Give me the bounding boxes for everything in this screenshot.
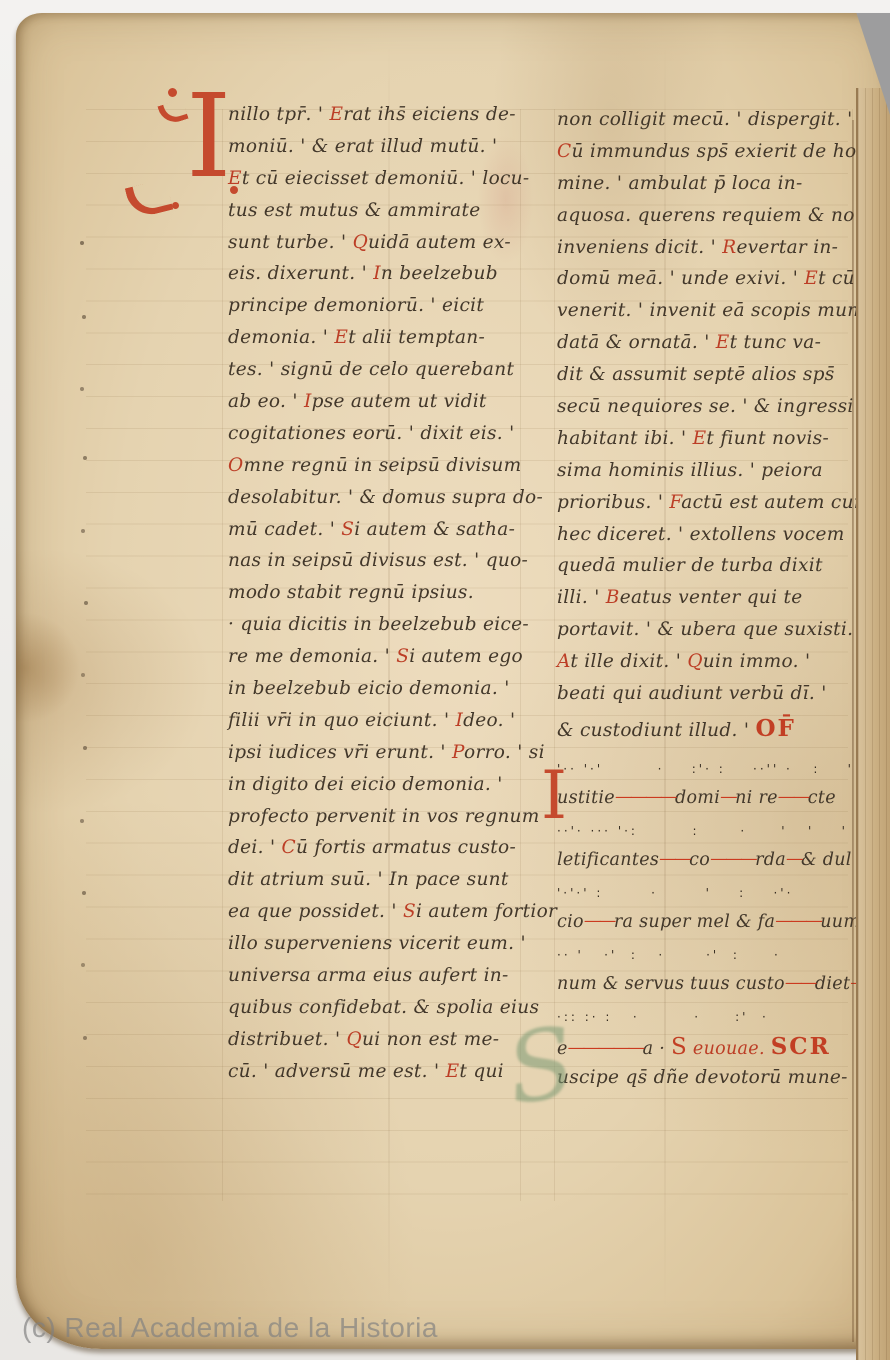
text-line: dit atrium suū. ' In pace sunt xyxy=(228,869,528,901)
text-segment: dit atrium suū. ' In pace sunt xyxy=(228,869,509,890)
text-segment: '·· '·' · :'· : ··'' · : ' xyxy=(557,762,854,776)
text-line: secū nequiores se. ' & ingressi xyxy=(557,396,862,428)
text-line: ab eo. ' Ipse autem ut vidit xyxy=(228,391,528,423)
text-line: dei. ' Cū fortis armatus custo- xyxy=(228,837,528,869)
text-line: desolabitur. ' & domus supra do- xyxy=(228,487,528,519)
text-segment: E xyxy=(804,268,818,289)
text-segment: Q xyxy=(687,651,702,672)
text-line: beati qui audiunt verbū dī. ' xyxy=(557,683,862,715)
text-segment: uum xyxy=(820,912,860,932)
text-segment: B xyxy=(606,587,620,608)
text-segment: prioribus. ' xyxy=(557,492,669,513)
text-line: profecto pervenit in vos regnum xyxy=(228,806,528,838)
text-segment: portavit. ' & ubera que suxisti. ' xyxy=(557,619,865,640)
text-segment: '·'·' : · ' : ·'· xyxy=(557,886,793,900)
margin-flourish-dot xyxy=(172,202,179,209)
text-line: illo superveniens vicerit eum. ' xyxy=(228,933,528,965)
text-line: venerit. ' invenit eā scopis mun- xyxy=(557,300,862,332)
text-line: mū cadet. ' Si autem & satha- xyxy=(228,519,528,551)
text-segment: universa arma eius aufert in- xyxy=(228,965,509,986)
text-line: nillo tpr̄. ' Erat ihs̄ eiciens de- xyxy=(228,104,528,136)
text-segment: habitant ibi. ' xyxy=(557,428,693,449)
neume-row: ·:: :· : · · :' · xyxy=(557,1000,867,1031)
text-line: At ille dixit. ' Quin immo. ' xyxy=(557,651,862,683)
text-segment: uscipe qs̄ dñe devotorū mune- xyxy=(557,1067,848,1088)
text-segment: cogitationes eorū. ' dixit eis. ' xyxy=(228,423,515,444)
text-segment: inveniens dicit. ' xyxy=(557,237,722,258)
red-initial-letter: I xyxy=(186,72,231,202)
neume-row: '·'·' : · ' : ·'· xyxy=(557,876,867,907)
text-line: illi. ' Beatus venter qui te xyxy=(557,587,862,619)
text-line: sima hominis illius. ' peiora xyxy=(557,460,862,492)
text-segment: t tunc va- xyxy=(730,332,822,353)
text-segment: I xyxy=(304,391,312,412)
text-line: prioribus. ' Factū est autem cum xyxy=(557,492,862,524)
text-segment: ————— xyxy=(568,1038,643,1058)
text-segment: actū est autem cum xyxy=(681,492,871,513)
text-segment: Q xyxy=(347,1029,362,1050)
text-segment: · quia dicitis in beelzebub eice- xyxy=(228,614,529,635)
chant-text-line: ustitie————domi—ni re——cte xyxy=(557,783,867,814)
text-segment: P xyxy=(452,742,464,763)
text-segment: orro. ' si xyxy=(464,742,545,763)
text-segment: deo. ' xyxy=(463,710,515,731)
text-segment: beati qui audiunt verbū dī. ' xyxy=(557,683,827,704)
text-segment: S xyxy=(341,519,354,540)
prick-marks xyxy=(80,241,84,245)
text-segment: ——— xyxy=(775,911,820,931)
text-segment: tus est mutus & ammirate xyxy=(228,200,481,221)
music-section: '·· '·' · :'· : ··'' · : ' ustitie————do… xyxy=(557,752,867,1093)
text-segment: t cū eiecisset demoniū. ' locu- xyxy=(242,168,530,189)
text-segment: ū immundus sps̄ exierit de ho- xyxy=(571,141,862,162)
text-line: & custodiunt illud. ' OF̄ xyxy=(557,715,862,747)
text-line: in digito dei eicio demonia. ' xyxy=(228,774,528,806)
text-line: eis. dixerunt. ' In beelzebub xyxy=(228,263,528,295)
text-segment: sima hominis illius. ' peiora xyxy=(557,460,823,481)
text-segment: cū. ' adversū me est. ' xyxy=(228,1061,446,1082)
text-segment: re me demonia. ' xyxy=(228,646,396,667)
text-line: tus est mutus & ammirate xyxy=(228,200,528,232)
text-segment: dei. ' xyxy=(228,837,282,858)
text-line: Cū immundus sps̄ exierit de ho- xyxy=(557,141,862,173)
text-segment: i autem ego xyxy=(409,646,523,667)
chant-text-line: letificantes——co———rda—& dul xyxy=(557,845,867,876)
text-segment: S xyxy=(403,901,416,922)
rubric: SCR xyxy=(771,1033,831,1060)
text-segment: F xyxy=(669,492,681,513)
text-segment: ——— xyxy=(710,849,755,869)
neume-row: ··'· ··· '·: : · ' ' ' xyxy=(557,814,867,845)
text-line: ea que possidet. ' Si autem fortior xyxy=(228,901,528,933)
text-line: in beelzebub eicio demonia. ' xyxy=(228,678,528,710)
right-text-column: non colligit mecū. ' dispergit. 'Cū immu… xyxy=(557,109,862,747)
neume-row: ·· ' ·' : · ·' : · xyxy=(557,938,867,969)
text-segment: dit & assumit septē alios sps̄ xyxy=(557,364,835,385)
chant-text-line: e—————a · S euouae. SCR xyxy=(557,1031,867,1062)
column-rule-left-outer xyxy=(222,109,223,1201)
text-segment: A xyxy=(557,651,570,672)
text-line: · quia dicitis in beelzebub eice- xyxy=(228,614,528,646)
text-segment: E xyxy=(228,168,242,189)
text-segment: t ille dixit. ' xyxy=(570,651,687,672)
text-segment: desolabitur. ' & domus supra do- xyxy=(228,487,543,508)
text-line: mine. ' ambulat p̄ loca in- xyxy=(557,173,862,205)
text-segment: O xyxy=(228,455,243,476)
text-segment: C xyxy=(557,141,571,162)
text-line: universa arma eius aufert in- xyxy=(228,965,528,997)
text-line: modo stabit regnū ipsius. xyxy=(228,582,528,614)
text-segment: letificantes xyxy=(557,850,659,870)
text-line: hec diceret. ' extollens vocem xyxy=(557,524,862,556)
text-segment: in digito dei eicio demonia. ' xyxy=(228,774,503,795)
text-segment: —— xyxy=(785,973,815,993)
text-segment: —— xyxy=(584,911,614,931)
text-segment: · xyxy=(653,1039,671,1059)
text-segment: uin immo. ' xyxy=(703,651,811,672)
text-segment: Q xyxy=(353,232,368,253)
text-segment: illo superveniens vicerit eum. ' xyxy=(228,933,526,954)
text-line: dit & assumit septē alios sps̄ xyxy=(557,364,862,396)
text-segment: R xyxy=(722,237,736,258)
text-segment: evertar in- xyxy=(736,237,838,258)
text-segment: cte xyxy=(808,788,836,808)
text-segment: cio xyxy=(557,912,584,932)
text-segment: mne regnū in seipsū divisum xyxy=(243,455,521,476)
text-segment: ab eo. ' xyxy=(228,391,304,412)
text-segment: E xyxy=(446,1061,460,1082)
text-segment: moniū. ' & erat illud mutū. ' xyxy=(228,136,497,157)
text-segment: profecto pervenit in vos regnum xyxy=(228,806,540,827)
closing-text-line: uscipe qs̄ dñe devotorū mune- xyxy=(557,1062,867,1093)
text-line: re me demonia. ' Si autem ego xyxy=(228,646,528,678)
text-line: filii vr̄i in quo eiciunt. ' Ideo. ' xyxy=(228,710,528,742)
text-segment: eis. dixerunt. ' xyxy=(228,263,373,284)
text-line: Omne regnū in seipsū divisum xyxy=(228,455,528,487)
text-segment: quibus confidebat. & spolia eius xyxy=(228,997,539,1018)
text-line: distribuet. ' Qui non est me- xyxy=(228,1029,528,1061)
book-fore-edge xyxy=(856,88,890,1360)
rubric: OF̄ xyxy=(755,715,795,742)
text-segment: modo stabit regnū ipsius. xyxy=(228,582,474,603)
text-line: non colligit mecū. ' dispergit. ' xyxy=(557,109,862,141)
text-segment: venerit. ' invenit eā scopis mun- xyxy=(557,300,866,321)
text-segment: ni re xyxy=(735,788,778,808)
text-segment: datā & ornatā. ' xyxy=(557,332,716,353)
text-segment: i autem fortior xyxy=(416,901,557,922)
text-line: inveniens dicit. ' Revertar in- xyxy=(557,237,862,269)
text-line: cū. ' adversū me est. ' Et qui xyxy=(228,1061,528,1093)
text-line: Et cū eiecisset demoniū. ' locu- xyxy=(228,168,528,200)
text-segment: E xyxy=(334,327,348,348)
text-segment: euouae. xyxy=(687,1039,771,1059)
text-segment: sunt turbe. ' xyxy=(228,232,353,253)
text-segment: ipsi iudices vr̄i erunt. ' xyxy=(228,742,452,763)
text-segment: illi. ' xyxy=(557,587,606,608)
text-line: cogitationes eorū. ' dixit eis. ' xyxy=(228,423,528,455)
text-segment: hec diceret. ' extollens vocem xyxy=(557,524,845,545)
text-segment: ui non est me- xyxy=(362,1029,499,1050)
text-segment: i autem & satha- xyxy=(354,519,515,540)
text-segment: demonia. ' xyxy=(228,327,334,348)
text-segment: nas in seipsū divisus est. ' quo- xyxy=(228,550,528,571)
text-segment: uidā autem ex- xyxy=(368,232,511,253)
text-segment: principe demoniorū. ' eicit xyxy=(228,295,484,316)
text-segment: t cū xyxy=(818,268,855,289)
text-segment: — xyxy=(720,787,735,807)
text-segment: ustitie xyxy=(557,788,615,808)
page-edge-line xyxy=(852,120,854,1342)
text-segment: & custodiunt illud. ' xyxy=(557,720,755,741)
text-segment: ū fortis armatus custo- xyxy=(296,837,516,858)
neume-row: '·· '·' · :'· : ··'' · : ' xyxy=(557,752,867,783)
text-segment: secū nequiores se. ' & ingressi xyxy=(557,396,854,417)
chant-text-line: cio——ra super mel & fa———uum xyxy=(557,907,867,938)
text-segment: rat ihs̄ eiciens de- xyxy=(343,104,516,125)
copyright-watermark: (c) Real Academia de la Historia xyxy=(22,1312,438,1344)
text-segment: diet xyxy=(815,974,850,994)
text-segment: mū cadet. ' xyxy=(228,519,341,540)
text-line: portavit. ' & ubera que suxisti. ' xyxy=(557,619,862,651)
text-line: moniū. ' & erat illud mutū. ' xyxy=(228,136,528,168)
text-segment: —— xyxy=(778,787,808,807)
text-segment: ·· ' ·' : · ·' : · xyxy=(557,948,781,962)
text-segment: nillo tpr̄. ' xyxy=(228,104,329,125)
text-segment: ea que possidet. ' xyxy=(228,901,403,922)
text-segment: tes. ' signū de celo querebant xyxy=(228,359,514,380)
text-segment: mine. ' ambulat p̄ loca in- xyxy=(557,173,803,194)
text-segment: t alii temptan- xyxy=(348,327,485,348)
text-line: principe demoniorū. ' eicit xyxy=(228,295,528,327)
text-segment: quedā mulier de turba dixit xyxy=(557,555,823,576)
text-segment: ra super mel & fa xyxy=(614,912,775,932)
text-segment: a xyxy=(643,1039,654,1059)
text-segment: S xyxy=(671,1034,687,1060)
initial-flourish-dot xyxy=(168,88,177,97)
text-segment: filii vr̄i in quo eiciunt. ' xyxy=(228,710,456,731)
text-segment: — xyxy=(786,849,801,869)
text-segment: distribuet. ' xyxy=(228,1029,347,1050)
text-line: habitant ibi. ' Et fiunt novis- xyxy=(557,428,862,460)
text-segment: in beelzebub eicio demonia. ' xyxy=(228,678,510,699)
text-line: quibus confidebat. & spolia eius xyxy=(228,997,528,1029)
text-segment: aquosa. querens requiem & non xyxy=(557,205,867,226)
text-line: demonia. ' Et alii temptan- xyxy=(228,327,528,359)
text-line: ipsi iudices vr̄i erunt. ' Porro. ' si xyxy=(228,742,528,774)
text-segment: pse autem ut vidit xyxy=(312,391,487,412)
text-segment: num & servus tuus custo xyxy=(557,974,785,994)
left-text-column: nillo tpr̄. ' Erat ihs̄ eiciens de-moniū… xyxy=(228,104,528,1093)
text-segment: ·:: :· : · · :' · xyxy=(557,1010,769,1024)
text-line: domū meā. ' unde exivi. ' Et cū xyxy=(557,268,862,300)
text-segment: S xyxy=(396,646,409,667)
text-segment: t qui xyxy=(459,1061,504,1082)
text-line: datā & ornatā. ' Et tunc va- xyxy=(557,332,862,364)
text-segment: n beelzebub xyxy=(381,263,498,284)
text-segment: C xyxy=(282,837,296,858)
text-segment: t fiunt novis- xyxy=(706,428,829,449)
text-segment: E xyxy=(716,332,730,353)
chant-text-line: num & servus tuus custo——diet—— xyxy=(557,969,867,1000)
text-segment: —— xyxy=(659,849,689,869)
manuscript-photo: I nillo tpr̄. ' Erat ihs̄ eiciens de-mon… xyxy=(0,0,890,1360)
text-line: quedā mulier de turba dixit xyxy=(557,555,862,587)
text-segment: E xyxy=(693,428,707,449)
text-segment: co xyxy=(689,850,710,870)
text-line: nas in seipsū divisus est. ' quo- xyxy=(228,550,528,582)
text-segment: I xyxy=(456,710,464,731)
text-segment: domi xyxy=(675,788,720,808)
text-segment: eatus venter qui te xyxy=(620,587,803,608)
text-line: sunt turbe. ' Quidā autem ex- xyxy=(228,232,528,264)
text-segment: I xyxy=(373,263,381,284)
text-segment: domū meā. ' unde exivi. ' xyxy=(557,268,804,289)
text-segment: ··'· ··· '·: : · ' ' ' xyxy=(557,824,848,838)
text-segment: ———— xyxy=(615,787,675,807)
text-line: tes. ' signū de celo querebant xyxy=(228,359,528,391)
text-segment: rda xyxy=(755,850,786,870)
text-segment: & dul xyxy=(801,850,852,870)
text-segment: E xyxy=(329,104,343,125)
text-segment: non colligit mecū. ' dispergit. ' xyxy=(557,109,853,130)
text-line: aquosa. querens requiem & non xyxy=(557,205,862,237)
